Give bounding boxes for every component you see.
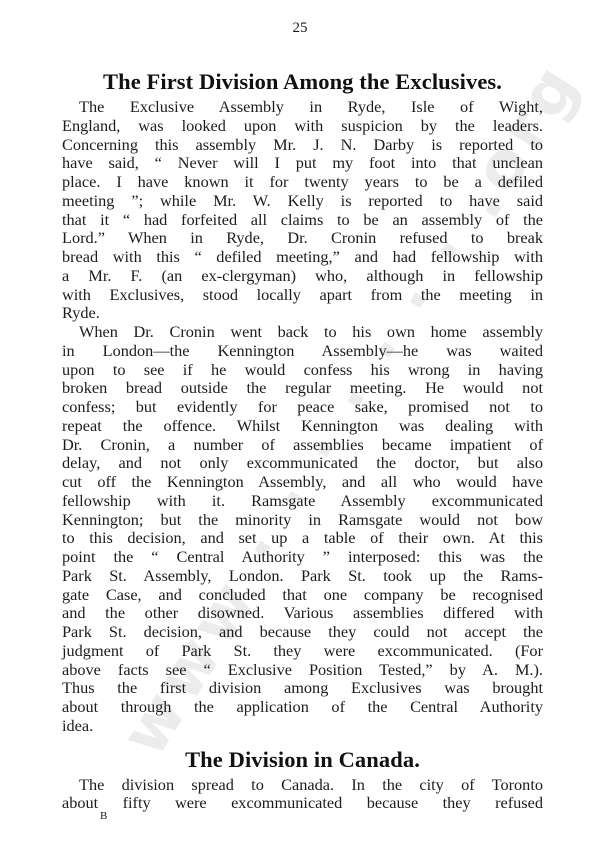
text-line: judgment of Park St. they were excommuni… (62, 642, 543, 661)
text-line: Park St. decision, and because they coul… (62, 623, 543, 642)
text-line: bread with this “ defiled meeting,” and … (62, 248, 543, 267)
text-line: Ryde. (62, 304, 543, 323)
text-line: fellowship with it. Ramsgate Assembly ex… (62, 492, 543, 511)
text-line: idea. (62, 717, 543, 736)
section-heading-division-canada: The Division in Canada. (62, 746, 543, 774)
text-line: The division spread to Canada. In the ci… (62, 776, 543, 795)
text-line: gate Case, and concluded that one compan… (62, 586, 543, 605)
text-line: above facts see “ Exclusive Position Tes… (62, 661, 543, 680)
text-line: in London—the Kennington Assembly—he was… (62, 342, 543, 361)
text-line: about through the application of the Cen… (62, 698, 543, 717)
text-line: Park St. Assembly, London. Park St. took… (62, 567, 543, 586)
text-line: Thus the first division among Exclusives… (62, 679, 543, 698)
page-content: The First Division Among the Exclusives.… (62, 68, 543, 813)
text-line: Lord.” When in Ryde, Dr. Cronin refused … (62, 229, 543, 248)
paragraph-ryde: The Exclusive Assembly in Ryde, Isle of … (62, 98, 543, 323)
page-number: 25 (0, 20, 600, 37)
text-line: place. I have known it for twenty years … (62, 173, 543, 192)
text-line: England, was looked upon with suspicion … (62, 117, 543, 136)
text-line: upon to see if he would confess his wron… (62, 361, 543, 380)
text-line: meeting ”; while Mr. W. Kelly is reporte… (62, 192, 543, 211)
text-line: Kennington; but the minority in Ramsgate… (62, 511, 543, 530)
text-line: confess; but evidently for peace sake, p… (62, 398, 543, 417)
text-line: to this decision, and set up a table of … (62, 529, 543, 548)
paragraph-canada: The division spread to Canada. In the ci… (62, 776, 543, 814)
text-line: and the other disowned. Various assembli… (62, 604, 543, 623)
text-line: point the “ Central Authority ” interpos… (62, 548, 543, 567)
text-line: a Mr. F. (an ex-clergyman) who, although… (62, 267, 543, 286)
text-line: The Exclusive Assembly in Ryde, Isle of … (62, 98, 543, 117)
text-line: delay, and not only excommunicated the d… (62, 454, 543, 473)
section-heading-first-division: The First Division Among the Exclusives. (62, 68, 543, 96)
text-line: When Dr. Cronin went back to his own hom… (62, 323, 543, 342)
text-line: Dr. Cronin, a number of assemblies becam… (62, 436, 543, 455)
text-line: cut off the Kennington Assembly, and all… (62, 473, 543, 492)
text-line: Concerning this assembly Mr. J. N. Darby… (62, 136, 543, 155)
text-line: about fifty were excommunicated because … (62, 794, 543, 813)
signature-mark: B (100, 810, 107, 822)
paragraph-kennington: When Dr. Cronin went back to his own hom… (62, 323, 543, 736)
text-line: repeat the offence. Whilst Kennington wa… (62, 417, 543, 436)
text-line: with Exclusives, stood locally apart fro… (62, 286, 543, 305)
text-line: that it “ had forfeited all claims to be… (62, 211, 543, 230)
text-line: broken bread outside the regular meeting… (62, 379, 543, 398)
text-line: have said, “ Never will I put my foot in… (62, 154, 543, 173)
